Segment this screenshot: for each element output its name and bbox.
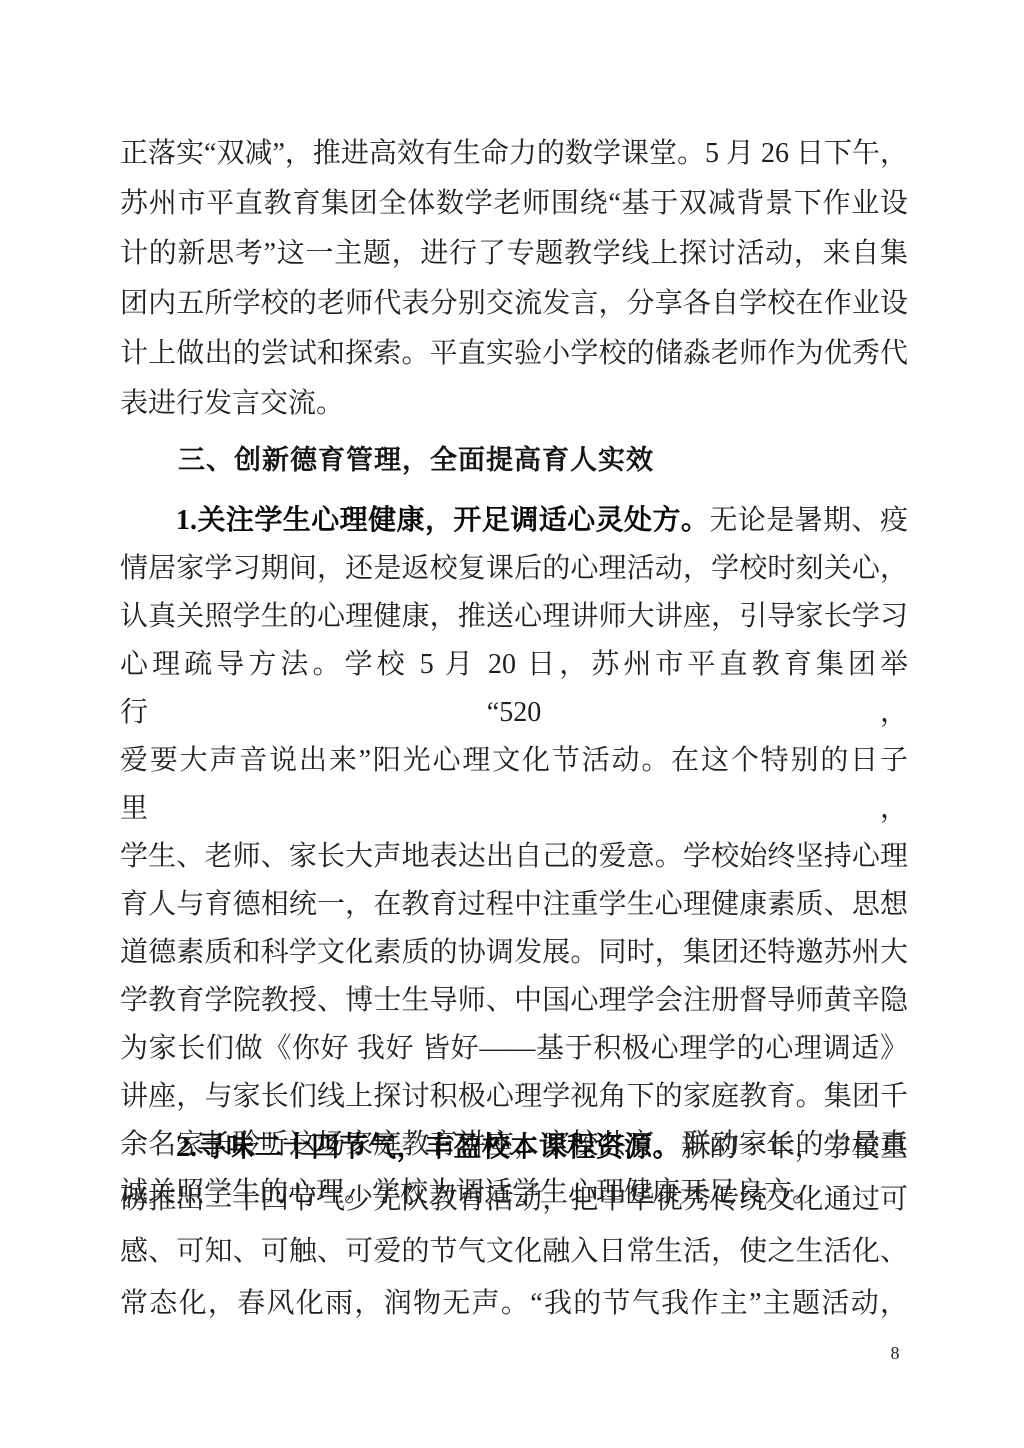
text-line: 磅推出二十四节气少先队教育活动，把中华优秀传统文化通过可 [120,1174,908,1226]
section-1-paragraph: 1.关注学生心理健康，开足调适心灵处方。无论是暑期、疫情居家学习期间，还是返校复… [120,497,908,1217]
text-line: 育人与育德相统一，在教育过程中注重学生心理健康素质、思想 [120,881,908,929]
text-line: 感、可知、可触、可爱的节气文化融入日常生活，使之生活化、 [120,1226,908,1278]
line-text: 常态化，春风化雨，润物无声。“我的节气我作主”主题活动， [120,1288,908,1319]
text-line: 正落实“双减”，推进高效有生命力的数学课堂。5 月 26 日下午， [120,129,908,179]
text-line: 常态化，春风化雨，润物无声。“我的节气我作主”主题活动， [120,1278,908,1330]
text-line: 学教育学院教授、博士生导师、中国心理学会注册督导师黄辛隐 [120,977,908,1025]
line-text: 心理疏导方法。学校 5 月 20 日，苏州市平直教育集团举行“520， [120,649,908,728]
line-text: 磅推出二十四节气少先队教育活动，把中华优秀传统文化通过可 [120,1184,908,1215]
line-text: 表进行发言交流。 [120,388,344,419]
line-text: 为家长们做《你好 我好 皆好——基于积极心理学的心理调适》 [120,1033,908,1064]
text-line: 心理疏导方法。学校 5 月 20 日，苏州市平直教育集团举行“520， [120,641,908,737]
text-line: 2.寻味二十四节气，丰盈校本课程资源。新的一年，学校重 [120,1122,908,1174]
paragraph-continuation: 正落实“双减”，推进高效有生命力的数学课堂。5 月 26 日下午，苏州市平直教育… [120,129,908,429]
line-text: 道德素质和科学文化素质的协调发展。同时，集团还特邀苏州大 [120,937,908,968]
line-text: 计上做出的尝试和探索。平直实验小学校的储淼老师作为优秀代 [120,338,908,369]
text-line: 情居家学习期间，还是返校复课后的心理活动，学校时刻关心， [120,545,908,593]
text-line: 学生、老师、家长大声地表达出自己的爱意。学校始终坚持心理 [120,833,908,881]
text-line: 表进行发言交流。 [120,379,908,429]
text-line: 苏州市平直教育集团全体数学老师围绕“基于双减背景下作业设 [120,179,908,229]
line-text: 认真关照学生的心理健康，推送心理讲师大讲座，引导家长学习 [120,601,908,632]
line-text: 学生、老师、家长大声地表达出自己的爱意。学校始终坚持心理 [120,841,908,872]
page-number: 8 [878,1341,912,1365]
line-text: 学教育学院教授、博士生导师、中国心理学会注册督导师黄辛隐 [120,985,908,1016]
text-line: 道德素质和科学文化素质的协调发展。同时，集团还特邀苏州大 [120,929,908,977]
line-text: 情居家学习期间，还是返校复课后的心理活动，学校时刻关心， [120,553,908,584]
text-line: 认真关照学生的心理健康，推送心理讲师大讲座，引导家长学习 [120,593,908,641]
bold-lead-text: 1.关注学生心理健康，开足调适心灵处方。 [176,505,709,536]
line-text: 团内五所学校的老师代表分别交流发言，分享各自学校在作业设 [120,288,908,319]
line-text: 新的一年，学校重 [681,1132,908,1163]
document-page: 三、创新德育管理，全面提高育人实效 8 正落实“双减”，推进高效有生命力的数学课… [0,0,1024,1448]
line-text: 无论是暑期、疫 [709,505,908,536]
line-text: 感、可知、可触、可爱的节气文化融入日常生活，使之生活化、 [120,1236,908,1267]
line-text: 计的新思考”这一主题，进行了专题教学线上探讨活动，来自集 [120,238,908,269]
bold-lead-text: 2.寻味二十四节气，丰盈校本课程资源。 [176,1132,681,1163]
line-text: 爱要大声音说出来”阳光心理文化节活动。在这个特别的日子里， [120,745,908,824]
text-line: 爱要大声音说出来”阳光心理文化节活动。在这个特别的日子里， [120,737,908,833]
section-2-paragraph: 2.寻味二十四节气，丰盈校本课程资源。新的一年，学校重磅推出二十四节气少先队教育… [120,1122,908,1330]
line-text: 苏州市平直教育集团全体数学老师围绕“基于双减背景下作业设 [120,188,908,219]
text-line: 为家长们做《你好 我好 皆好——基于积极心理学的心理调适》 [120,1025,908,1073]
section-heading: 三、创新德育管理，全面提高育人实效 [120,435,908,485]
text-line: 团内五所学校的老师代表分别交流发言，分享各自学校在作业设 [120,279,908,329]
text-line: 计上做出的尝试和探索。平直实验小学校的储淼老师作为优秀代 [120,329,908,379]
line-text: 正落实“双减”，推进高效有生命力的数学课堂。5 月 26 日下午， [120,138,908,169]
line-text: 育人与育德相统一，在教育过程中注重学生心理健康素质、思想 [120,889,908,920]
line-text: 讲座，与家长们线上探讨积极心理学视角下的家庭教育。集团千 [120,1081,908,1112]
text-line: 计的新思考”这一主题，进行了专题教学线上探讨活动，来自集 [120,229,908,279]
text-line: 讲座，与家长们线上探讨积极心理学视角下的家庭教育。集团千 [120,1073,908,1121]
text-line: 1.关注学生心理健康，开足调适心灵处方。无论是暑期、疫 [120,497,908,545]
